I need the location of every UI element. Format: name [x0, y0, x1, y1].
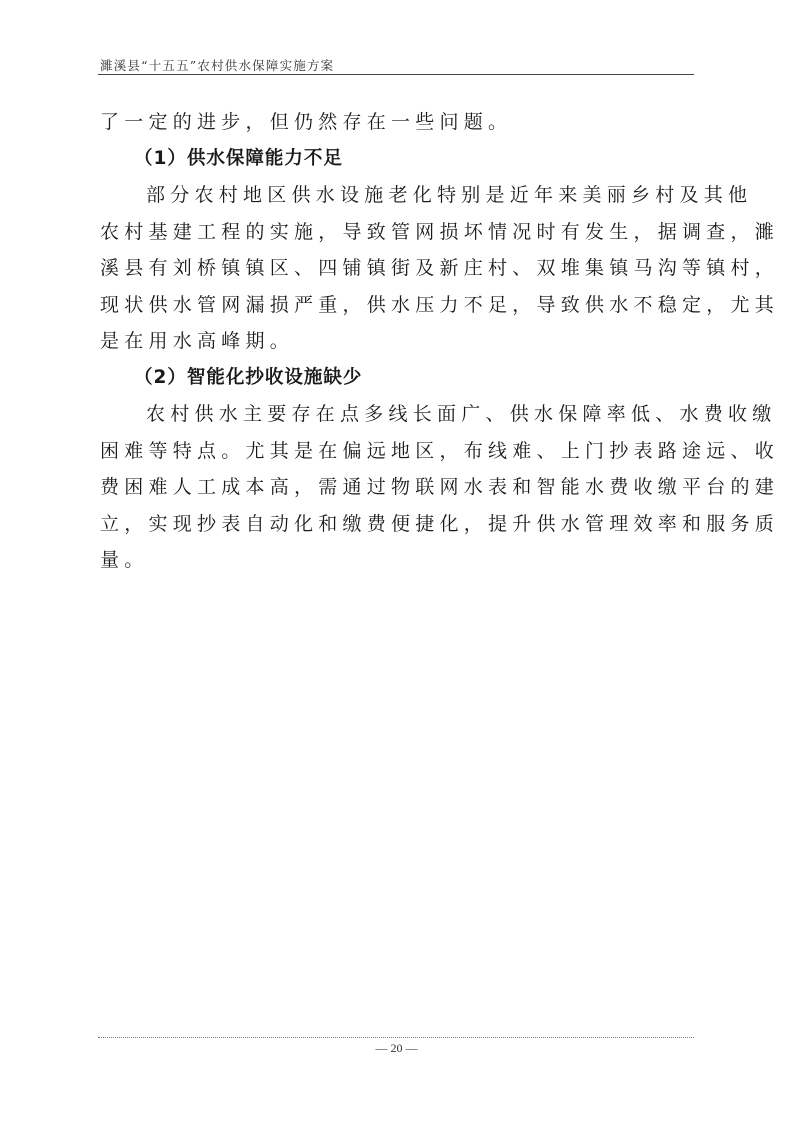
paragraph-line: 农村供水主要存在点多线长面广、供水保障率低、水费收缴	[100, 396, 696, 433]
page-header: 濉溪县“十五五”农村供水保障实施方案	[98, 52, 694, 76]
document-body: 了一定的进步，但仍然存在一些问题。 （1）供水保障能力不足 部分农村地区供水设施…	[100, 104, 696, 579]
header-divider	[98, 74, 694, 75]
section-heading-1: （1）供水保障能力不足	[100, 141, 696, 178]
paragraph-line: 部分农村地区供水设施老化特别是近年来美丽乡村及其他	[100, 177, 696, 214]
paragraph-line: 现状供水管网漏损严重，供水压力不足，导致供水不稳定，尤其	[100, 287, 696, 324]
footer-divider	[98, 1037, 694, 1038]
paragraph-line: 了一定的进步，但仍然存在一些问题。	[100, 104, 696, 141]
paragraph-line: 溪县有刘桥镇镇区、四铺镇街及新庄村、双堆集镇马沟等镇村，	[100, 250, 696, 287]
paragraph-line: 费困难人工成本高，需通过物联网水表和智能水费收缴平台的建	[100, 469, 696, 506]
paragraph-line: 量。	[100, 542, 696, 579]
paragraph-line: 困难等特点。尤其是在偏远地区，布线难、上门抄表路途远、收	[100, 433, 696, 470]
paragraph-line: 农村基建工程的实施，导致管网损坏情况时有发生，据调查，濉	[100, 214, 696, 251]
section-heading-2: （2）智能化抄收设施缺少	[100, 360, 696, 397]
paragraph-line: 立，实现抄表自动化和缴费便捷化，提升供水管理效率和服务质	[100, 506, 696, 543]
page-number: — 20 —	[0, 1041, 793, 1056]
paragraph-line: 是在用水高峰期。	[100, 323, 696, 360]
document-title: 濉溪县“十五五”农村供水保障实施方案	[100, 56, 334, 74]
